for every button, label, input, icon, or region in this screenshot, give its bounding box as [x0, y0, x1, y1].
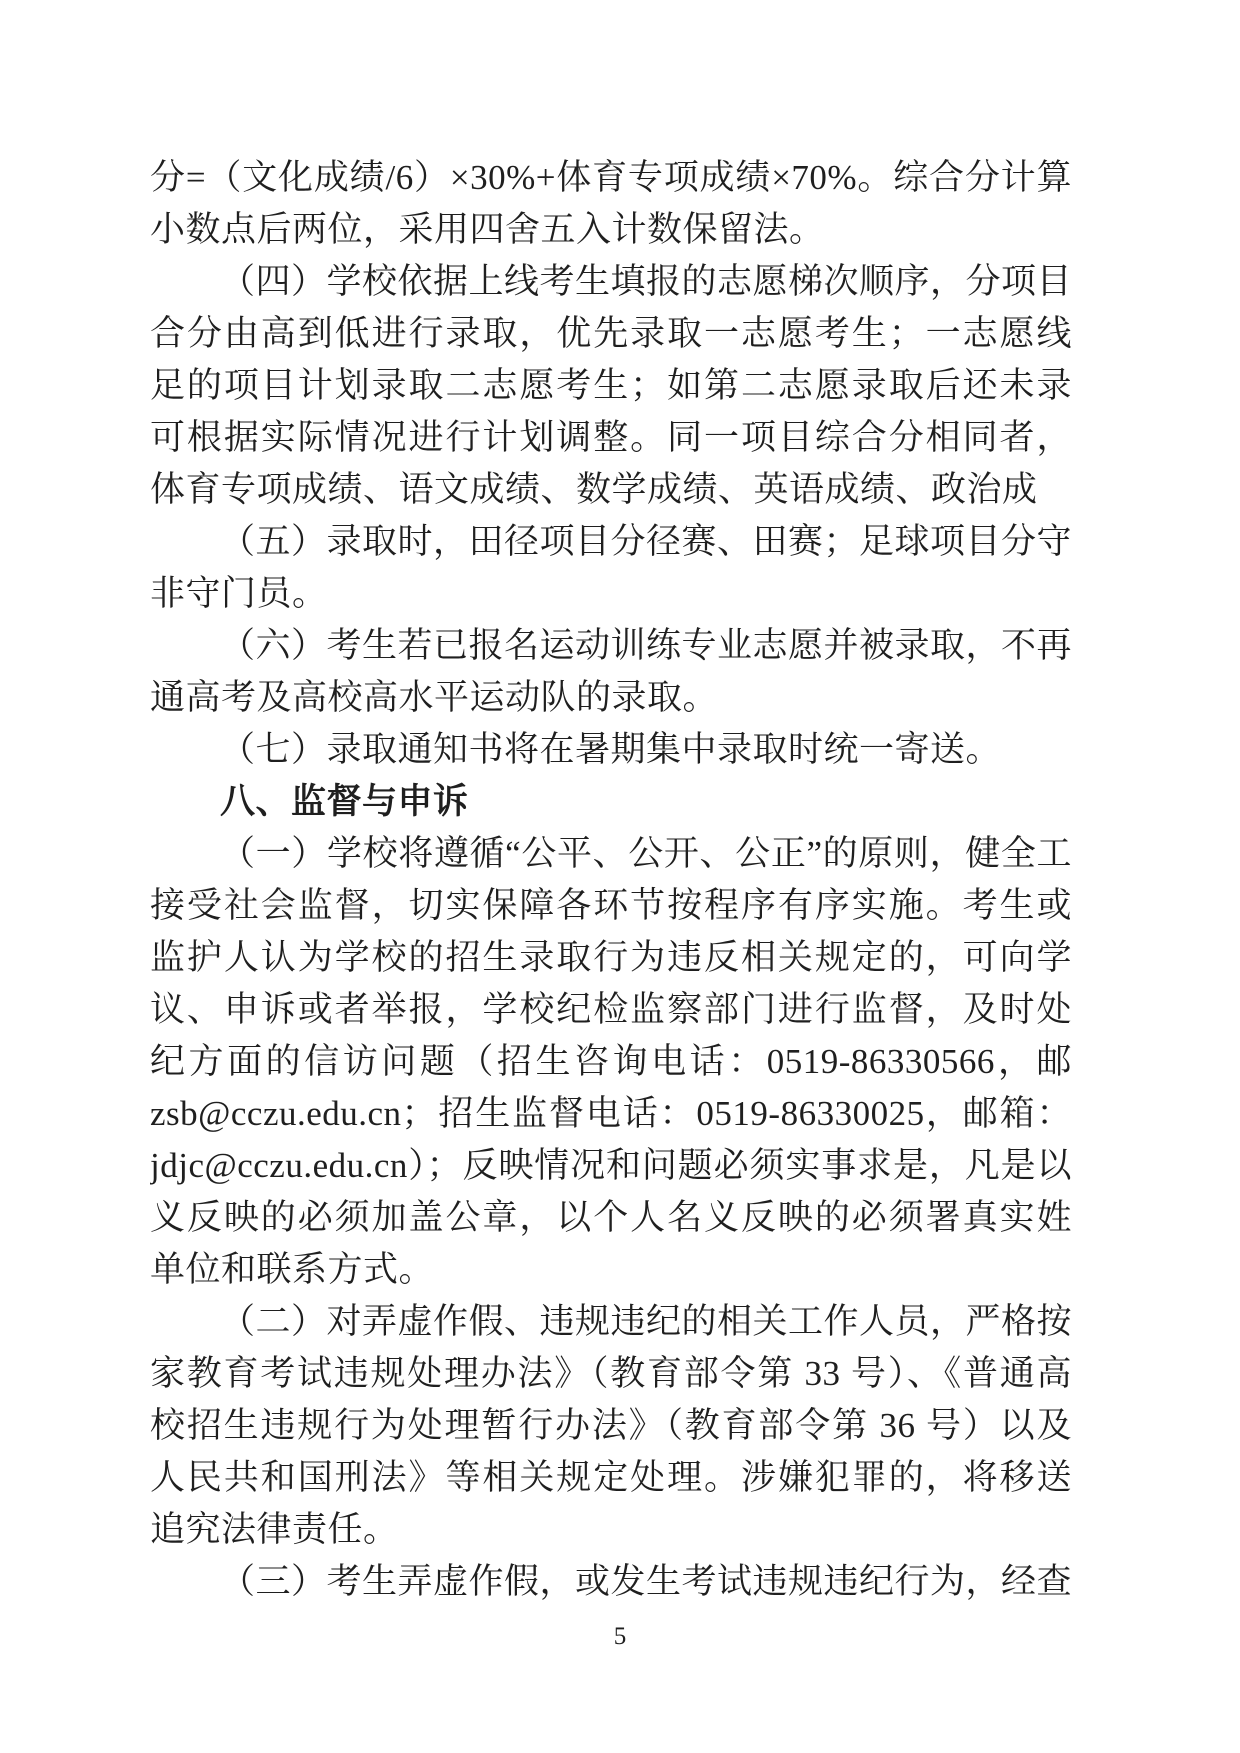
text-line: 义反映的必须加盖公章，以个人名义反映的必须署真实姓名、所在 — [150, 1192, 1072, 1244]
text-line: 单位和联系方式。 — [150, 1244, 1072, 1296]
text-line: 追究法律责任。 — [150, 1504, 1072, 1556]
text-line: （七）录取通知书将在暑期集中录取时统一寄送。 — [150, 724, 1072, 776]
text-line: 校招生违规行为处理暂行办法》（教育部令第 36 号）以及《中华 — [150, 1400, 1072, 1452]
text-line: 通高考及高校高水平运动队的录取。 — [150, 672, 1072, 724]
text-line: 家教育考试违规处理办法》（教育部令第 33 号）、《普通高等学 — [150, 1348, 1072, 1400]
page-number: 5 — [0, 1622, 1240, 1652]
text-line: 监护人认为学校的招生录取行为违反相关规定的，可向学校提出异 — [150, 932, 1072, 984]
text-line: 分=（文化成绩/6）×30%+体育专项成绩×70%。综合分计算时保留 — [150, 152, 1072, 204]
text-line: （六）考生若已报名运动训练专业志愿并被录取，不再参加普 — [150, 620, 1072, 672]
text-line: 人民共和国刑法》等相关规定处理。涉嫌犯罪的，将移送司法机关 — [150, 1452, 1072, 1504]
text-line: 纪方面的信访问题（招生咨询电话：0519-86330566，邮箱： — [150, 1036, 1072, 1088]
text-line: （四）学校依据上线考生填报的志愿梯次顺序，分项目按照综 — [150, 256, 1072, 308]
document-page: 分=（文化成绩/6）×30%+体育专项成绩×70%。综合分计算时保留 小数点后两… — [0, 0, 1240, 1753]
text-line: zsb@cczu.edu.cn；招生监督电话：0519-86330025，邮箱： — [150, 1088, 1072, 1140]
text-line: 合分由高到低进行录取，优先录取一志愿考生；一志愿线上生源不 — [150, 308, 1072, 360]
text-block: 分=（文化成绩/6）×30%+体育专项成绩×70%。综合分计算时保留 小数点后两… — [150, 152, 1072, 1608]
text-line: jdjc@cczu.edu.cn）；反映情况和问题必须实事求是，凡是以单位名 — [150, 1140, 1072, 1192]
text-line: 议、申诉或者举报，学校纪检监察部门进行监督，及时处置违规违 — [150, 984, 1072, 1036]
text-line: 足的项目计划录取二志愿考生；如第二志愿录取后还未录满，学校 — [150, 360, 1072, 412]
text-line: 小数点后两位，采用四舍五入计数保留法。 — [150, 204, 1072, 256]
text-line: 可根据实际情况进行计划调整。同一项目综合分相同者，依次比较 — [150, 412, 1072, 464]
text-line: （三）考生弄虚作假，或发生考试违规违纪行为，经查实， — [150, 1556, 1072, 1608]
section-heading: 八、监督与申诉 — [150, 776, 1072, 828]
text-line: （五）录取时，田径项目分径赛、田赛；足球项目分守门员与 — [150, 516, 1072, 568]
text-line: （一）学校将遵循“公平、公开、公正”的原则，健全工作机制， — [150, 828, 1072, 880]
text-line: 非守门员。 — [150, 568, 1072, 620]
text-line: 接受社会监督，切实保障各环节按程序有序实施。考生或者其法定 — [150, 880, 1072, 932]
text-line: （二）对弄虚作假、违规违纪的相关工作人员，严格按照《国 — [150, 1296, 1072, 1348]
text-line: 体育专项成绩、语文成绩、数学成绩、英语成绩、政治成绩。 — [150, 464, 1072, 516]
